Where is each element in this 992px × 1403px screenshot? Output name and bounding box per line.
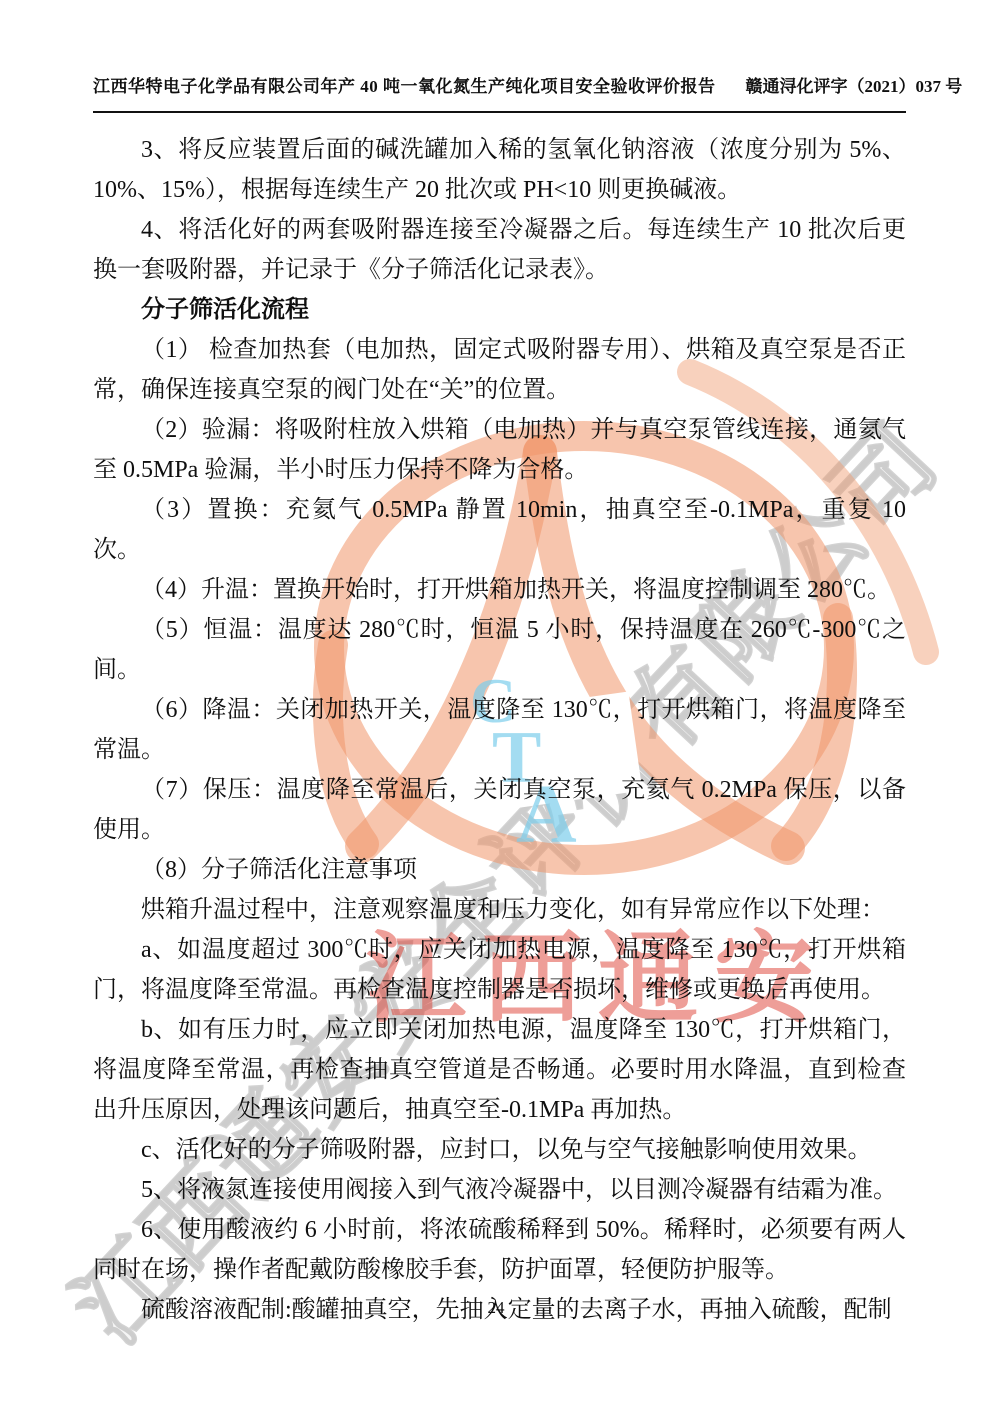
document-page: 江西通安安全评价有限公司 C T A 江西 bbox=[0, 0, 992, 1403]
paragraph: （4）升温：置换开始时，打开烘箱加热开关，将温度控制调至 280℃。 bbox=[93, 570, 906, 610]
paragraph: （5）恒温：温度达 280℃时，恒温 5 小时，保持温度在 260℃-300℃之… bbox=[93, 610, 906, 690]
page-footer: 24 bbox=[0, 1298, 992, 1318]
header-document-number: 赣通浔化评字（2021）037 号 bbox=[746, 76, 963, 98]
paragraph: b、如有压力时，应立即关闭加热电源，温度降至 130℃，打开烘箱门，将温度降至常… bbox=[93, 1010, 906, 1130]
paragraph: 烘箱升温过程中，注意观察温度和压力变化，如有异常应作以下处理： bbox=[93, 890, 906, 930]
header-report-title: 江西华特电子化学品有限公司年产 40 吨一氧化氮生产纯化项目安全验收评价报告 bbox=[93, 76, 716, 98]
paragraph: 6、使用酸液约 6 小时前，将浓硫酸稀释到 50%。稀释时，必须要有两人同时在场… bbox=[93, 1210, 906, 1290]
paragraph: 4、将活化好的两套吸附器连接至冷凝器之后。每连续生产 10 批次后更换一套吸附器… bbox=[93, 210, 906, 290]
paragraph: （6）降温：关闭加热开关，温度降至 130℃，打开烘箱门，将温度降至常温。 bbox=[93, 690, 906, 770]
paragraph: c、活化好的分子筛吸附器，应封口，以免与空气接触影响使用效果。 bbox=[93, 1130, 906, 1170]
paragraph: a、如温度超过 300℃时，应关闭加热电源，温度降至 130℃，打开烘箱门，将温… bbox=[93, 930, 906, 1010]
page-number: 24 bbox=[488, 1298, 505, 1317]
paragraph: 3、将反应装置后面的碱洗罐加入稀的氢氧化钠溶液（浓度分别为 5%、10%、15%… bbox=[93, 130, 906, 210]
paragraph: （1） 检查加热套（电加热，固定式吸附器专用）、烘箱及真空泵是否正常，确保连接真… bbox=[93, 330, 906, 410]
page-header: 江西华特电子化学品有限公司年产 40 吨一氧化氮生产纯化项目安全验收评价报告 赣… bbox=[93, 76, 906, 113]
paragraph: （7）保压：温度降至常温后，关闭真空泵，充氦气 0.2MPa 保压，以备使用。 bbox=[93, 770, 906, 850]
paragraph: 分子筛活化流程 bbox=[93, 290, 906, 330]
paragraph: （8）分子筛活化注意事项 bbox=[93, 850, 906, 890]
paragraph: （3）置换：充氦气 0.5MPa 静置 10min，抽真空至-0.1MPa，重复… bbox=[93, 490, 906, 570]
paragraph: 5、将液氮连接使用阀接入到气液冷凝器中，以目测冷凝器有结霜为准。 bbox=[93, 1170, 906, 1210]
document-body: 3、将反应装置后面的碱洗罐加入稀的氢氧化钠溶液（浓度分别为 5%、10%、15%… bbox=[93, 130, 906, 1330]
paragraph: （2）验漏：将吸附柱放入烘箱（电加热）并与真空泵管线连接，通氦气至 0.5MPa… bbox=[93, 410, 906, 490]
